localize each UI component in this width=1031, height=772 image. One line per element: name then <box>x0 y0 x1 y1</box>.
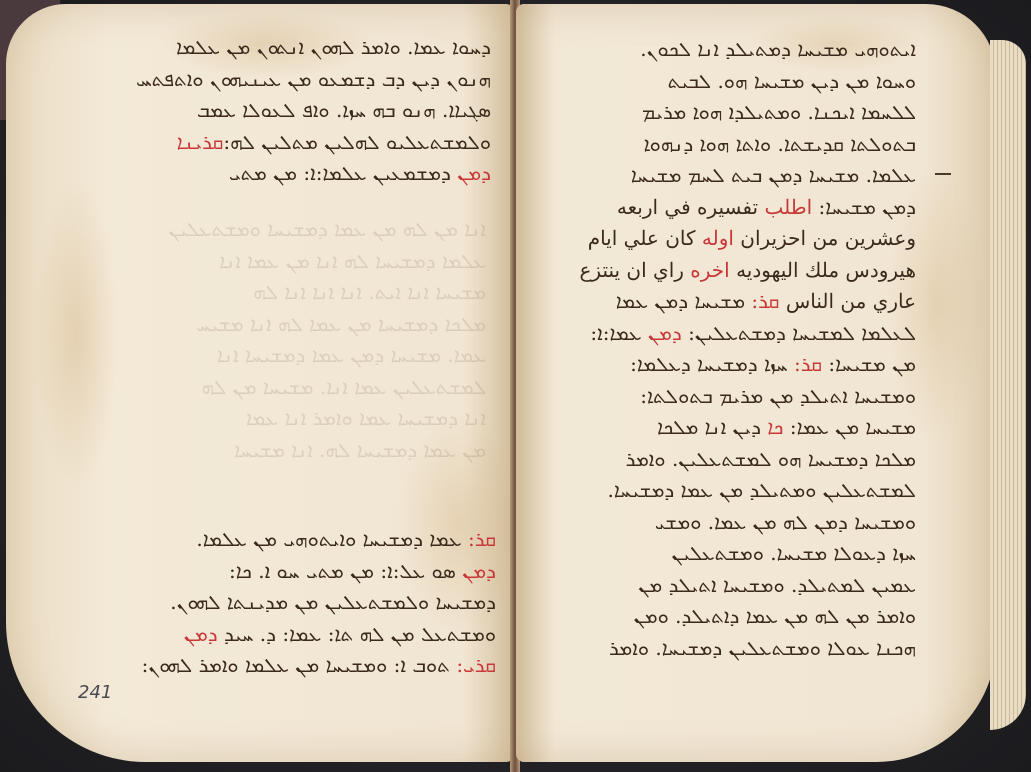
text-line: ܘܚܘܐ ܡܢ ܕܝܢ ܡܫܝܚܐ ܗܘ. ܠܒܝܬ <box>536 66 916 98</box>
page-fore-edge <box>990 40 1026 730</box>
text-line: ܡܢ ܡܫܝܚܐ: ܩܪ: ܚܙܐ ܕܡܫܝܚܐ ܕܥܠܡܐ: <box>536 349 916 381</box>
text-line: ܕܡܢ ܕܡܫܡܥܝܢ ܥܠܡܐ:ܐ: ܡܢ ܡܬܝ <box>91 158 491 190</box>
text-line: ܘܐܡܪ ܡܢ ܠܗ ܡܢ ܥܡܐ ܕܐܬܝܠܕ. ܘܡܢ <box>536 601 916 633</box>
text-line: ܗܢܘܢ ܕܝܢ ܕܒ ܕܫܡܥܘ ܡܢ ܥܝܢܝܗܘܢ ܘܐܬܦܬܚ <box>91 64 491 96</box>
left-page: ܕܚܘܐ ܥܡܐ. ܘܐܡܪ ܠܗܘܢ ܐܢܬܘܢ ܡܢ ܥܠܡܐ ܗܢܘܢ ܕ… <box>6 4 514 762</box>
folio-number: 241 <box>78 682 112 703</box>
text-line: ܕܡܢ ܡܫܝܚܐ: اطلب تفسيره في اربعه <box>536 192 916 224</box>
right-text-block: ܐܝܬܘܗܝ ܡܫܝܚܐ ܕܡܬܝܠܕ ܐܢܐ ܠܟܘܢ. ܘܚܘܐ ܡܢ ܕܝ… <box>536 34 916 664</box>
text-line: ܥܠܡܐ. ܡܫܝܚܐ ܕܡܢ ܒܝܬ ܠܚܡ ܡܫܝܚܐ <box>536 160 916 192</box>
text-line: ܩܪܝ: ܬܘܒ ܐ: ܘܡܫܝܚܐ ܡܢ ܥܠܡܐ ܘܐܡܪ ܠܗܘܢ: <box>86 650 496 682</box>
rubric: ܕܡܢ <box>457 161 491 185</box>
text-line: ܠܡܫܬܥܠܝܢ ܘܡܬܝܠܕ ܡܢ ܥܡܐ ܕܡܫܝܚܐ. <box>536 475 916 507</box>
text-line: ܘܠܡܫܬܥܠܝܘ ܠܗܠܝܢ ܡܬܠܝܢ ܠܗ:ܩܪܝܢܐ <box>91 127 491 159</box>
text-line: ܚܙܐ ܕܥܘܠܐ ܡܫܝܚܐ. ܘܡܫܬܥܠܝܢ <box>536 538 916 570</box>
text-line: ܥܡܝܢ ܠܡܬܝܠܕ. ܘܡܫܝܚܐ ܐܬܝܠܕ ܡܢ <box>536 570 916 602</box>
text-line: هيرودس ملك اليهوديه اخره راي ان ينتزع <box>536 255 916 287</box>
text-line: ܣܓܝܐܐ. ܗܢܘ ܒܗ ܚܙܐ. ܘܐܦ ܠܥܘܠܐ ܥܡܒ <box>91 95 491 127</box>
show-through-text: ܐܢܐ ܡܢ ܠܗ ܡܢ ܥܡܐ ܕܡܫܝܚܐ ܘܡܫܬܥܠܝܢ ܥܠܡܐ ܕܡ… <box>116 214 486 466</box>
text-line: ܐܝܬܘܗܝ ܡܫܝܚܐ ܕܡܬܝܠܕ ܐܢܐ ܠܟܘܢ. <box>536 34 916 66</box>
text-line: ܡܠܟܐ ܕܡܫܝܚܐ ܗܘ ܠܡܫܬܥܠܝܢ. ܘܐܡܪ <box>536 444 916 476</box>
text-line: ܕܚܘܐ ܥܡܐ. ܘܐܡܪ ܠܗܘܢ ܐܢܬܘܢ ܡܢ ܥܠܡܐ <box>91 32 491 64</box>
text-line: ܗܟܢܐ ܥܘܠܐ ܘܡܫܬܥܠܝܢ ܕܡܫܝܚܐ. ܘܐܡܪ <box>536 633 916 665</box>
text-line: ܘܡܫܝܚܐ ܕܡܢ ܠܗ ܡܢ ܥܡܐ. ܘܡܫܝ <box>536 507 916 539</box>
text-line: ܕܡܢ ܣܘ ܥܠ:ܐ: ܡܢ ܡܬܝ ܚܘ ܐ. ܟܐ: <box>86 556 496 588</box>
text-line: ܒܬܘܠܬܐ ܩܕܝܫܬܐ. ܘܐܬܐ ܗܘܐ ܕܢܗܘܐ <box>536 129 916 161</box>
left-top-text-block: ܕܚܘܐ ܥܡܐ. ܘܐܡܪ ܠܗܘܢ ܐܢܬܘܢ ܡܢ ܥܠܡܐ ܗܢܘܢ ܕ… <box>91 32 491 190</box>
text-line: عاري من الناس ܩܪ: ܡܫܝܚܐ ܕܡܢ ܥܡܐ <box>536 286 916 318</box>
text-line: ܘܡܫܝܚܐ ܐܬܝܠܕ ܡܢ ܡܪܝܡ ܒܬܘܠܬܐ: <box>536 381 916 413</box>
text-line: ܡܫܝܚܐ ܡܢ ܥܡܐ: ܟܐ ܕܝܢ ܐܢܐ ܡܠܟܐ <box>536 412 916 444</box>
rubric: ܩܪܝܢܐ <box>177 130 224 154</box>
text-line: ܕܡܫܝܚܐ ܘܠܡܫܬܥܠܝܢ ܡܢ ܡܕܝܢܬܐ ܠܗܘܢ. <box>86 587 496 619</box>
text-line: ܠܥܠܡܐ ܠܡܫܝܚܐ ܕܡܫܬܥܠܝܢ: ܕܡܢ ܥܡܐ:ܐ: <box>536 318 916 350</box>
text-line: وعشرين من احزيران اوله كان علي ايام <box>536 223 916 255</box>
right-page: ܐܝܬܘܗܝ ܡܫܝܚܐ ܕܡܬܝܠܕ ܐܢܐ ܠܟܘܢ. ܘܚܘܐ ܡܢ ܕܝ… <box>516 4 996 762</box>
text-line: ܠܠܚܡܐ ܐܝܟܢܐ. ܘܡܬܝܠܕܐ ܗܘܐ ܡܪܝܡ <box>536 97 916 129</box>
text-line: ܘܡܫܬܥܠ ܡܢ ܠܗ ܬܐ: ܥܡܐ: ܕ. ܚܝܕ ܕܡܢ <box>86 619 496 651</box>
left-bottom-text-block: ܩܪ: ܥܡܐ ܕܡܫܝܚܐ ܘܐܝܬܘܗܝ ܡܢ ܥܠܡܐ. ܕܡܢ ܣܘ ܥ… <box>86 524 496 682</box>
margin-mark <box>935 173 951 175</box>
text-line: ܩܪ: ܥܡܐ ܕܡܫܝܚܐ ܘܐܝܬܘܗܝ ܡܢ ܥܠܡܐ. <box>86 524 496 556</box>
